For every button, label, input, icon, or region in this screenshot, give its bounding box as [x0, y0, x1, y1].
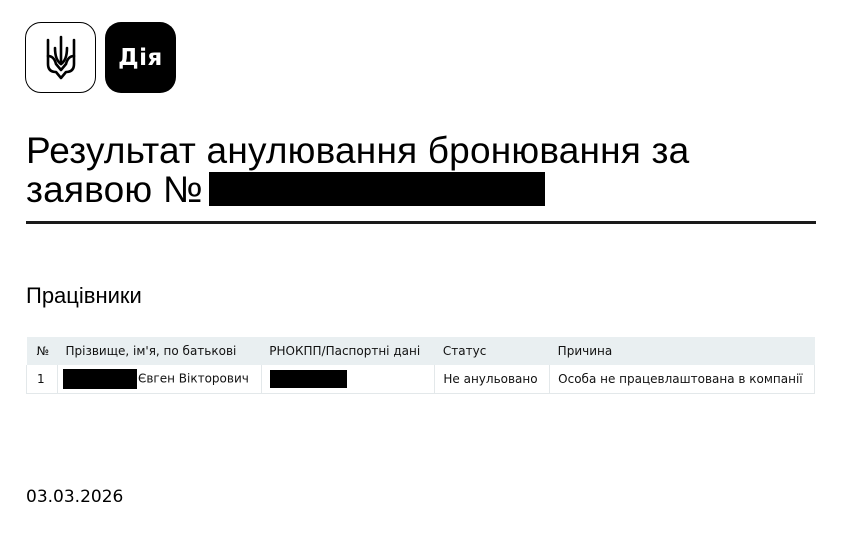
title-line-2-prefix: заявою №	[26, 169, 203, 210]
redacted-id	[270, 370, 347, 388]
table-row: 1 Євген Вікторович Не анульовано Особа н…	[27, 365, 815, 393]
name-rest: Євген Вікторович	[138, 371, 249, 385]
diia-logo-text: Дія	[118, 45, 163, 71]
redacted-application-number	[209, 172, 545, 206]
workers-table: № Прізвище, ім'я, по батькові РНОКПП/Пас…	[26, 337, 815, 394]
column-header-status: Статус	[435, 337, 550, 365]
cell-number: 1	[27, 365, 58, 393]
title-divider	[26, 221, 816, 224]
column-header-full-name: Прізвище, ім'я, по батькові	[57, 337, 261, 365]
ukraine-trident-icon	[44, 34, 78, 82]
cell-full-name: Євген Вікторович	[57, 365, 261, 393]
column-header-id: РНОКПП/Паспортні дані	[261, 337, 435, 365]
cell-status: Не анульовано	[435, 365, 550, 393]
title-line-1: Результат анулювання бронювання за	[26, 130, 689, 171]
cell-id	[261, 365, 435, 393]
diia-logo: Дія	[105, 22, 176, 93]
column-header-reason: Причина	[550, 337, 815, 365]
logo-group: Дія	[25, 22, 176, 93]
ukraine-trident-logo	[25, 22, 96, 93]
table-header-row: № Прізвище, ім'я, по батькові РНОКПП/Пас…	[27, 337, 815, 365]
document-date: 03.03.2026	[26, 487, 123, 507]
cell-reason: Особа не працевлаштована в компанії	[550, 365, 815, 393]
redacted-surname	[63, 369, 137, 389]
workers-heading: Працівники	[26, 283, 142, 309]
page-title: Результат анулювання бронювання за заяво…	[26, 131, 816, 209]
column-header-number: №	[27, 337, 58, 365]
